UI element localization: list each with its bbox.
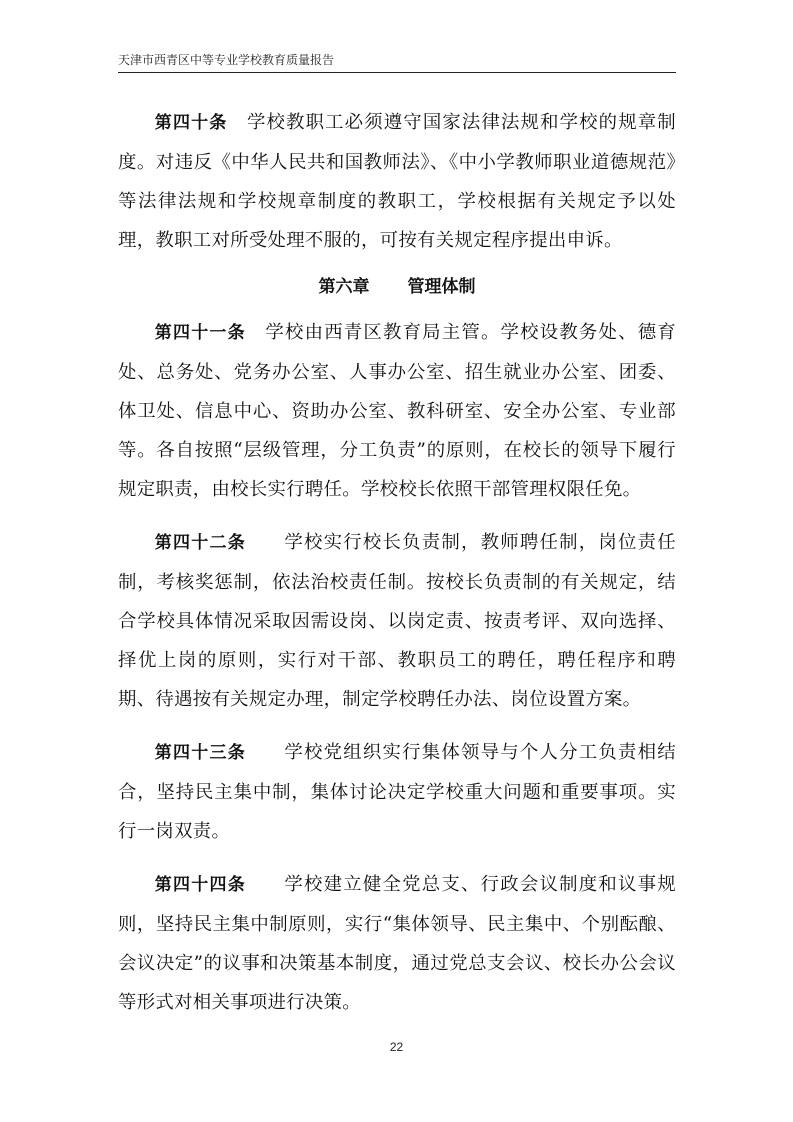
chapter-number: 第六章 [319,277,370,297]
article-label: 第四十二条 [155,533,246,553]
article-42: 第四十二条 学校实行校长负责制，教师聘任制，岗位责任制，考核奖惩制，依法治校责任… [118,523,676,719]
article-label: 第四十四条 [155,875,246,895]
article-41: 第四十一条 学校由西青区教育局主管。学校设教务处、德育处、总务处、党务办公室、人… [118,313,676,509]
chapter-title: 管理体制 [408,277,476,297]
article-43: 第四十三条 学校党组织实行集体领导与个人分工负责相结合，坚持民主集中制，集体讨论… [118,733,676,851]
article-label: 第四十三条 [155,743,246,763]
article-text: 学校实行校长负责制，教师聘任制，岗位责任制，考核奖惩制，依法治校责任制。按校长负… [118,532,676,710]
article-text: 学校由西青区教育局主管。学校设教务处、德育处、总务处、党务办公室、人事办公室、招… [118,322,676,500]
article-label: 第四十一条 [155,323,246,343]
article-label: 第四十条 [155,113,228,133]
running-header: 天津市西青区中等专业学校教育质量报告 [118,52,676,73]
page-number: 22 [0,1040,793,1054]
article-40: 第四十条 学校教职工必须遵守国家法律法规和学校的规章制度。对违反《中华人民共和国… [118,103,676,260]
chapter-heading: 第六章管理体制 [118,268,676,307]
article-44: 第四十四条 学校建立健全党总支、行政会议制度和议事规则，坚持民主集中制原则，实行… [118,865,676,1022]
document-body: 第四十条 学校教职工必须遵守国家法律法规和学校的规章制度。对违反《中华人民共和国… [118,103,676,1036]
